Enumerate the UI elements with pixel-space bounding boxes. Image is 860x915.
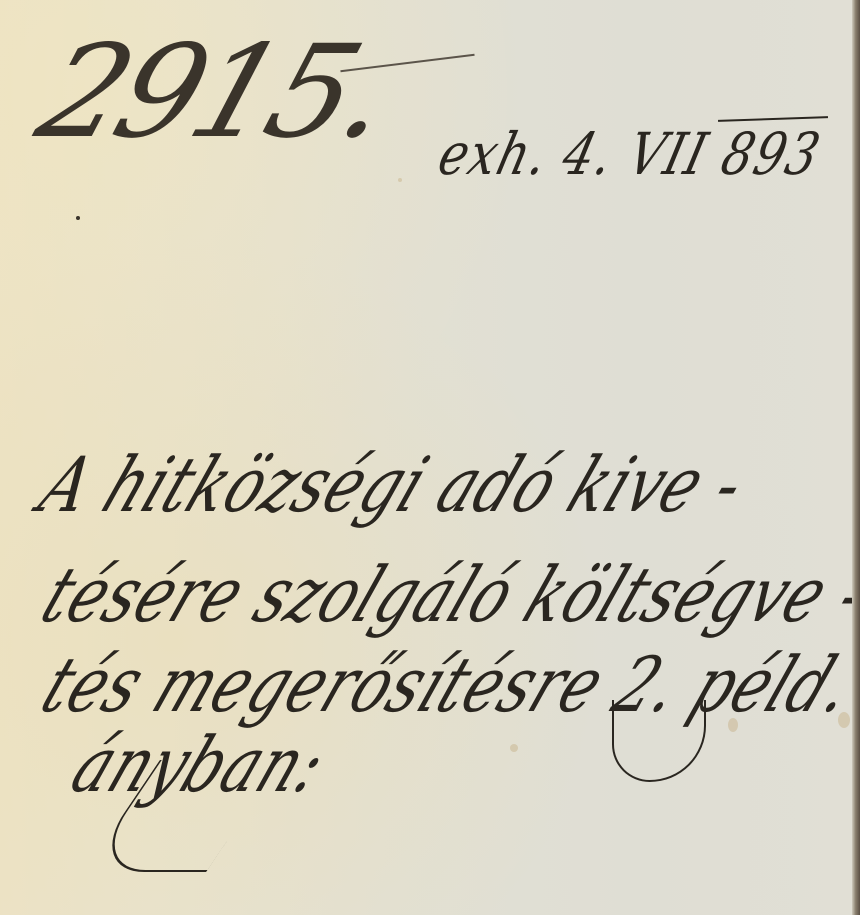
peld-flourish: [612, 700, 706, 782]
body-line-3: tés megerősítésre 2. péld.: [30, 640, 860, 729]
body-line-1: A hitközségi adó kive -: [28, 440, 759, 529]
paper-stain: [838, 712, 850, 728]
exhibit-date-note: exh. 4. VII 893: [432, 120, 828, 188]
page-edge: [852, 0, 860, 915]
paper-stain: [398, 178, 402, 182]
body-line-2: tésére szolgáló költségve -: [30, 550, 860, 639]
ink-dot: [76, 216, 80, 220]
paper-stain: [510, 744, 518, 752]
reference-number: 2915.: [22, 18, 407, 167]
document-page: 2915. exh. 4. VII 893 A hitközségi adó k…: [0, 0, 852, 915]
